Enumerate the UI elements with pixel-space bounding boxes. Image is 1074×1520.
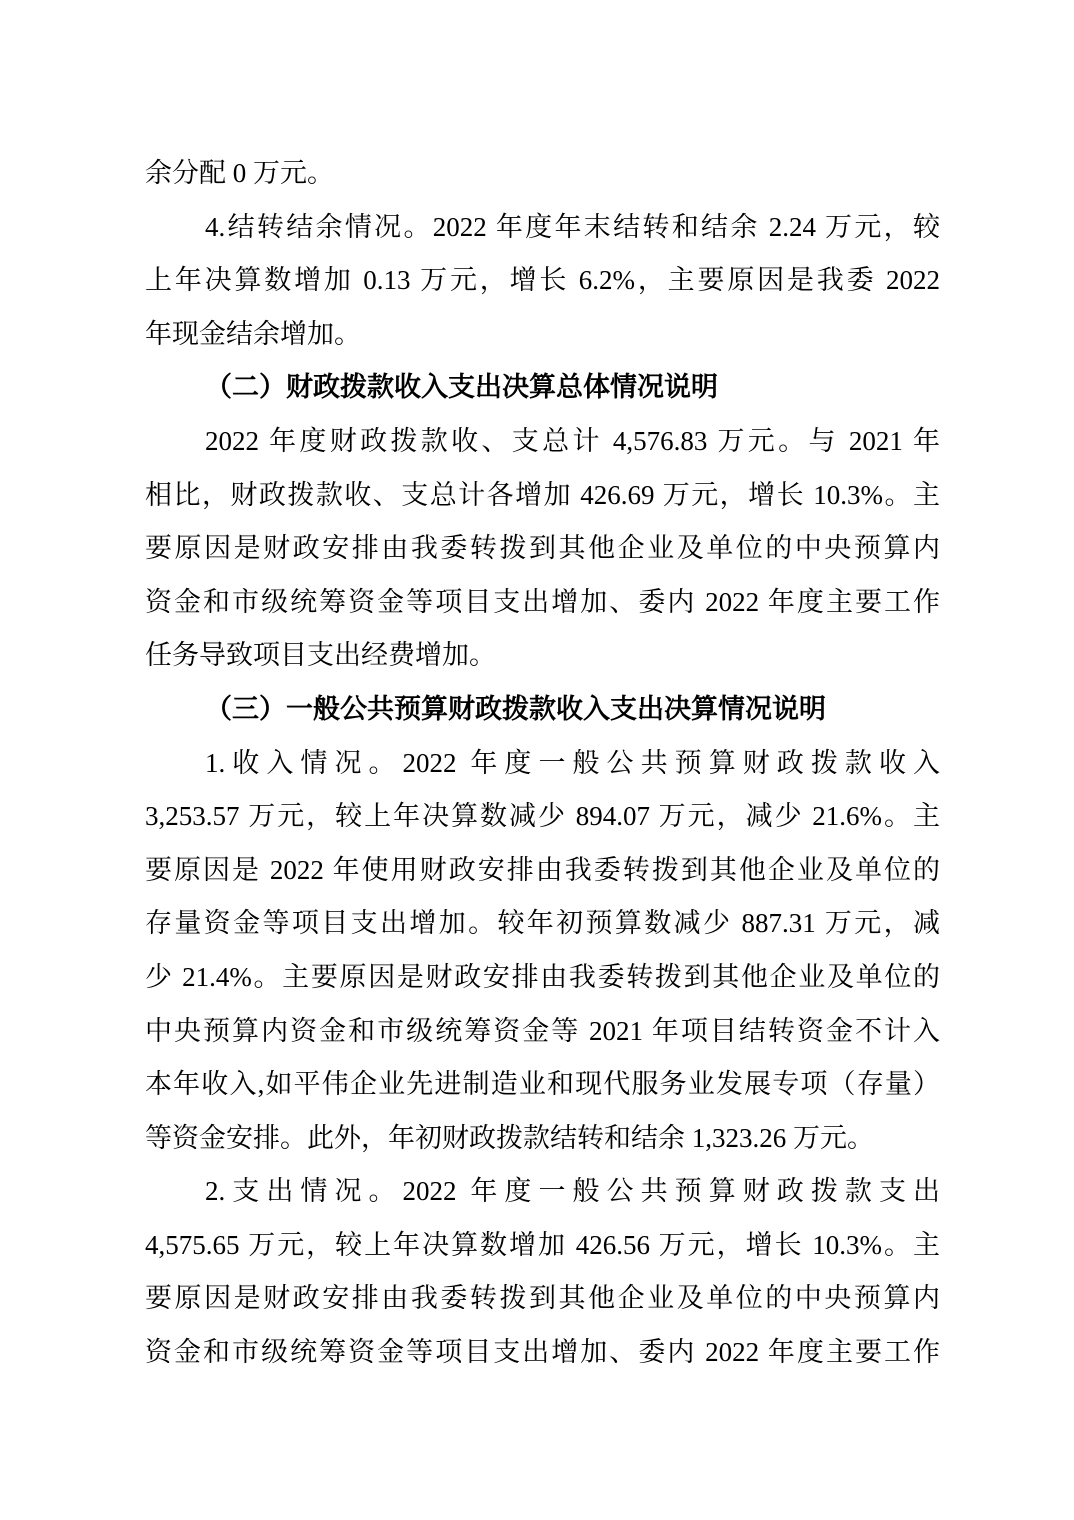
- document-line: 中央预算内资金和市级统筹资金等 2021 年项目结转资金不计入: [145, 1005, 940, 1059]
- document-line: 存量资金等项目支出增加。较年初预算数减少 887.31 万元，减: [145, 897, 940, 951]
- document-line: 少 21.4%。主要原因是财政安排由我委转拨到其他企业及单位的: [145, 951, 940, 1005]
- document-line: 任务导致项目支出经费增加。: [145, 629, 940, 683]
- document-line: 相比，财政拨款收、支总计各增加 426.69 万元，增长 10.3%。主: [145, 469, 940, 523]
- document-line: 要原因是 2022 年使用财政安排由我委转拨到其他企业及单位的: [145, 844, 940, 898]
- document-line: 要原因是财政安排由我委转拨到其他企业及单位的中央预算内: [145, 1272, 940, 1326]
- document-line: 年现金结余增加。: [145, 308, 940, 362]
- document-line: 2022 年度财政拨款收、支总计 4,576.83 万元。与 2021 年: [145, 415, 940, 469]
- document-line: 4,575.65 万元，较上年决算数增加 426.56 万元，增长 10.3%。…: [145, 1219, 940, 1273]
- document-line: 余分配 0 万元。: [145, 147, 940, 201]
- document-line: 4.结转结余情况。2022 年度年末结转和结余 2.24 万元，较: [145, 201, 940, 255]
- document-line: 资金和市级统筹资金等项目支出增加、委内 2022 年度主要工作: [145, 1326, 940, 1380]
- document-page: 余分配 0 万元。4.结转结余情况。2022 年度年末结转和结余 2.24 万元…: [0, 0, 1074, 1520]
- document-text-block: 余分配 0 万元。4.结转结余情况。2022 年度年末结转和结余 2.24 万元…: [145, 147, 940, 1380]
- document-line: 要原因是财政安排由我委转拨到其他企业及单位的中央预算内: [145, 522, 940, 576]
- document-line: 1.收入情况。2022 年度一般公共预算财政拨款收入: [145, 737, 940, 791]
- document-line: 资金和市级统筹资金等项目支出增加、委内 2022 年度主要工作: [145, 576, 940, 630]
- document-line: 上年决算数增加 0.13 万元，增长 6.2%，主要原因是我委 2022: [145, 254, 940, 308]
- document-line: 2.支出情况。2022 年度一般公共预算财政拨款支出: [145, 1165, 940, 1219]
- document-line: 等资金安排。此外，年初财政拨款结转和结余 1,323.26 万元。: [145, 1112, 940, 1166]
- section-heading: （三）一般公共预算财政拨款收入支出决算情况说明: [145, 683, 940, 737]
- document-line: 本年收入,如平伟企业先进制造业和现代服务业发展专项（存量）: [145, 1058, 940, 1112]
- document-line: 3,253.57 万元，较上年决算数减少 894.07 万元，减少 21.6%。…: [145, 790, 940, 844]
- section-heading: （二）财政拨款收入支出决算总体情况说明: [145, 361, 940, 415]
